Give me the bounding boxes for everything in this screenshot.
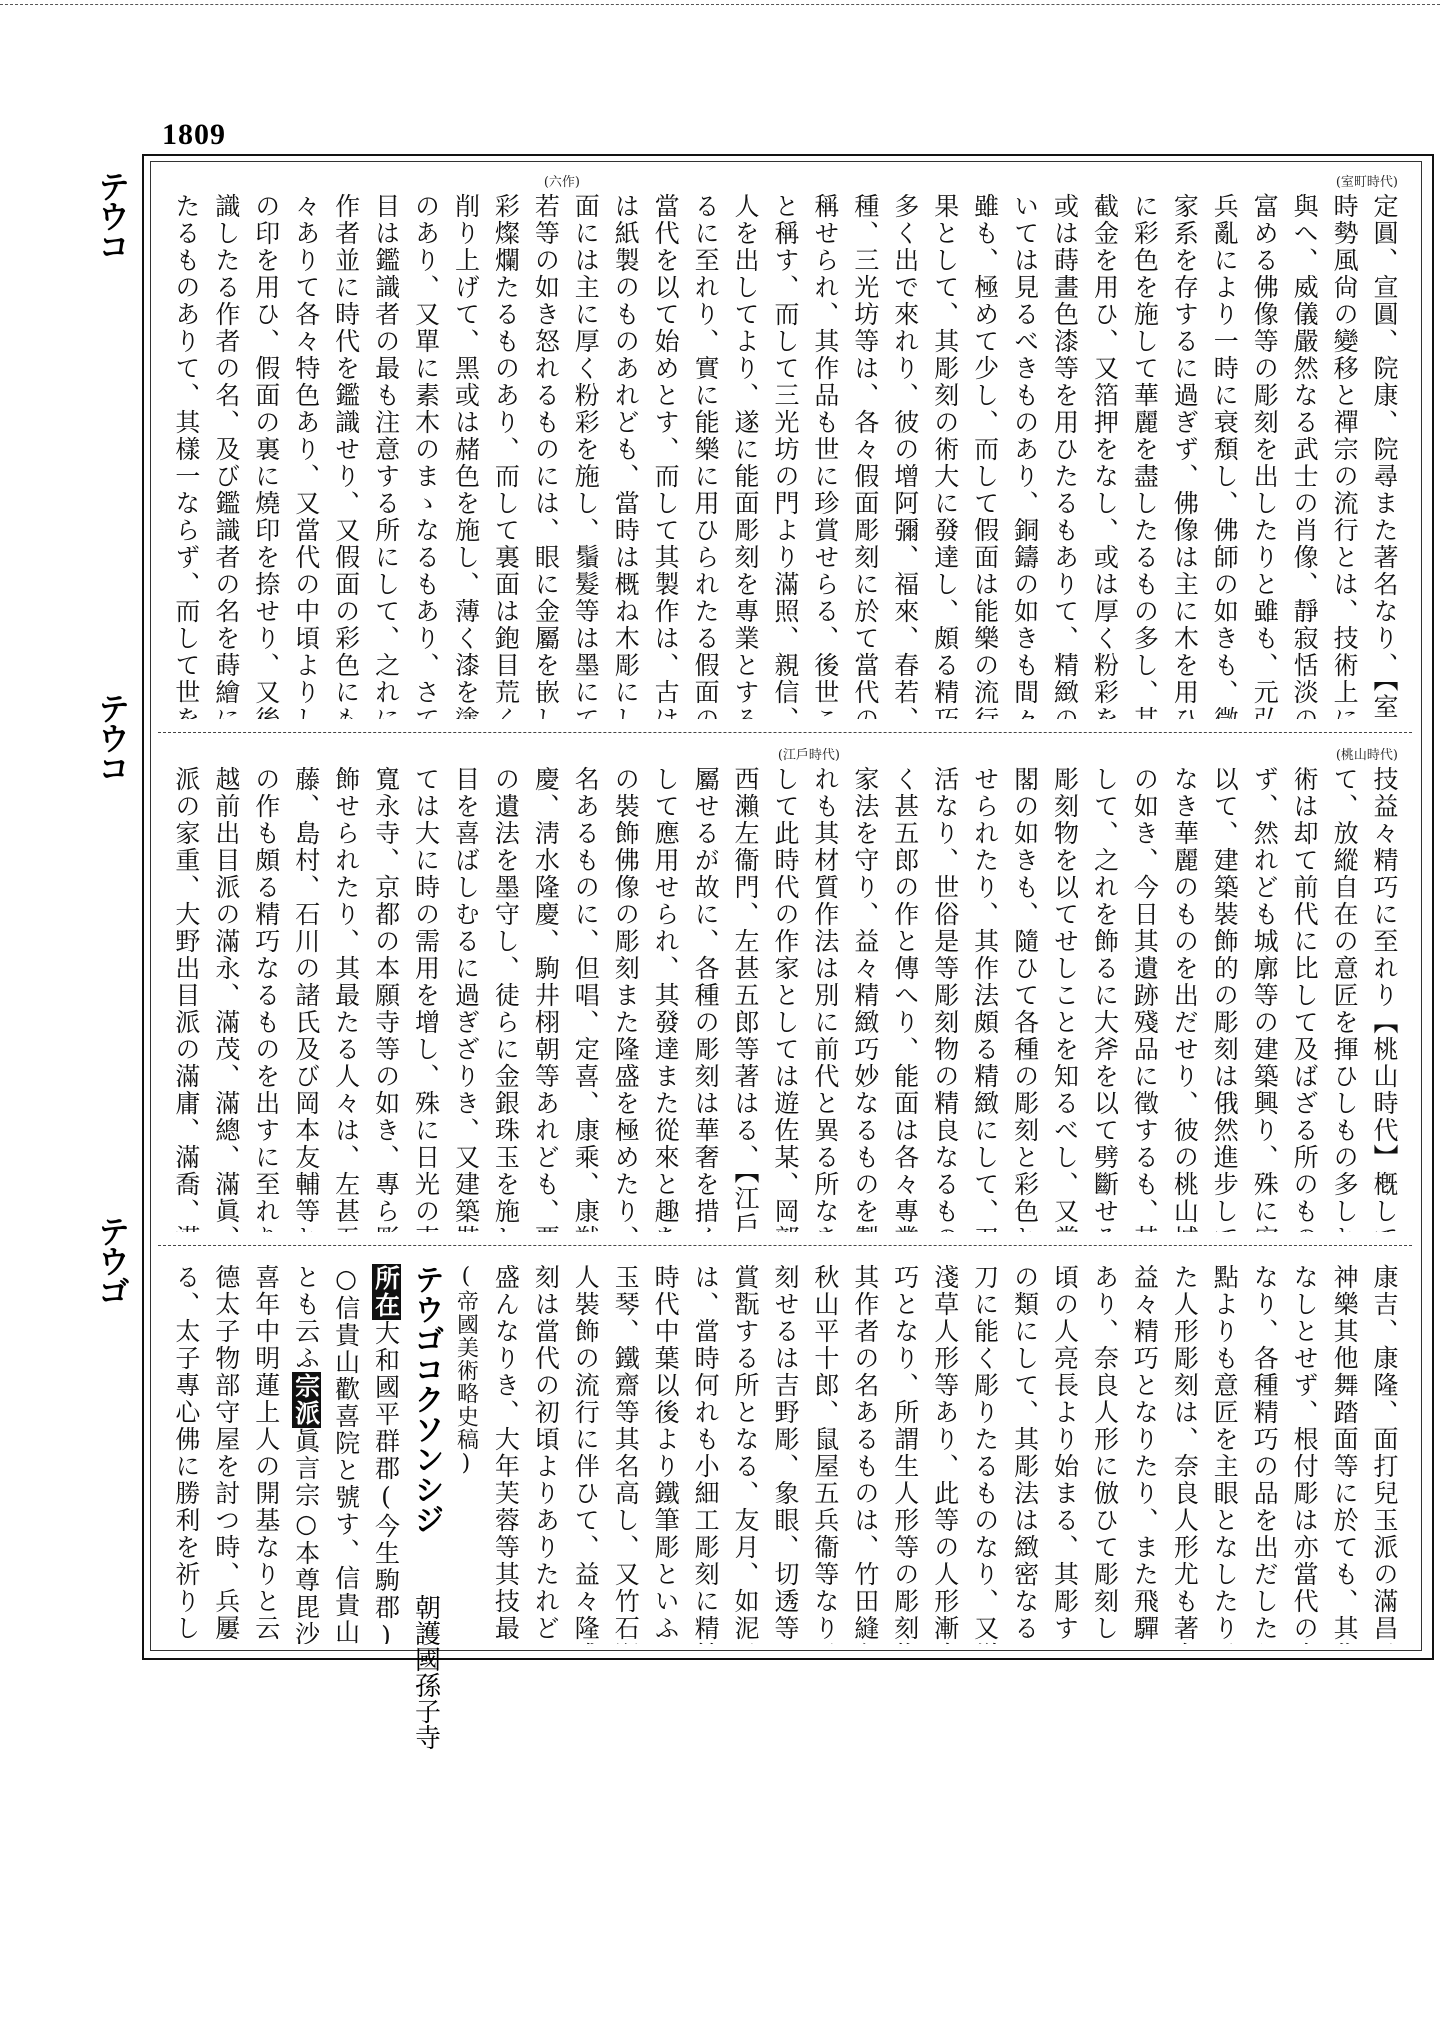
section-divider [158,1245,1412,1246]
entry-line: ○信貴山歡喜院と號す、信貴山に在り、又志貴山寺 [326,1264,366,1644]
scan-top-edge [0,4,1440,5]
entry-text: 眞言宗○本尊毘沙門天 [292,1428,321,1644]
entry-temple-name: 朝護國孫子寺 [406,1594,446,1750]
text-columns-top: 定圓、宣圓、院康、院尋また著名なり、【室町時代】 時勢風尙の變移と禪宗の流行とは… [166,193,1404,719]
text-column: 淺草人形等あり、此等の人形漸次發達して愈々精 [925,1264,965,1644]
era-tag-momoyama: (桃山時代) [1336,744,1398,763]
section-middle: (桃山時代) (江戶時代) 技益々精巧に至れり【桃山時代】槪して豪壯華麗にし て… [158,738,1412,1238]
text-column: 定圓、宣圓、院康、院尋また著名なり、【室町時代】 [1364,193,1404,719]
text-column: の如き、今日其遺跡殘品に徵するも、其建築宏大に [1124,766,1164,1232]
text-column: の類にして、其彫法は緻密なる刀を用ひずして、一 [1005,1264,1045,1644]
page-number: 1809 [162,118,226,152]
text-column: のあり、又單に素木のまゝなるもあり、さてこの鉋 [406,193,446,719]
text-column: 面には主に厚く粉彩を施し、鬚髮等は墨にて畫き、般 [565,193,605,719]
text-column: と稱す、而して三光坊の門より滿照、親信、幸賢の三 [765,193,805,719]
text-column: 人裝飾の流行に伴ひて、益々隆盛を極めたり、又篆 [565,1264,605,1644]
text-column: 慶、淸水隆慶、駒井栩朝等あれども、要するに皆祖先 [525,766,565,1232]
text-column: 識したる作者の名、及び鑑識者の名を蒔繪にて記し [206,193,246,719]
text-column: ず、然れども城廓等の建築興り、殊に宏壯を極めしを [1244,766,1284,1232]
era-tag-rokusaku: (六作) [544,171,580,190]
text-column: 彩燦爛たるものあり、而して裏面は鉋目荒く粗雜に [485,193,525,719]
margin-headword-top: テウコ [95,170,135,260]
text-column: 富める佛像等の彫刻を出したりと雖も、元弘以來の [1244,193,1284,719]
label-badge-sect: 宗派 [292,1372,321,1428]
text-column: ては大に時の需用を增し、殊に日光の東照宮、江戶の [406,766,446,1232]
text-column: して、之れを飾るに大斧を以て劈斷せるが如き、大 [1085,766,1125,1232]
text-column: 或は蒔畫色漆等を用ひたるもありて、精緻の上にお [1045,193,1085,719]
text-column: 以て、建築裝飾的の彫刻は俄然進步して、前代に比 [1204,766,1244,1232]
text-column: 雖も、極めて少し、而して假面は能樂の流行せる結 [965,193,1005,719]
margin-headword-middle: テウコ [95,692,135,782]
text-column: 目は鑑識者の最も注意する所にして、之れによりて [366,193,406,719]
text-column: 活なり、世俗是等彫刻物の精良なるものあれば、悉 [925,766,965,1232]
text-column: 當代を以て始めとす、而して其製作は、古は乾漆或 [645,193,685,719]
text-column: 家法を守り、益々精緻巧妙なるものを製出せり、何 [845,766,885,1232]
text-column: の印を用ひ、假面の裏に燒印を捺せり、又後にて鑑 [246,193,286,719]
text-column: 家系を存するに過ぎず、佛像は主に木を用ひ、其上 [1164,193,1204,719]
text-column: なしとせず、根付彫は亦當代の中葉より益々盛んと [1284,1264,1324,1644]
text-column: 刀に能く彫りたるものなり、又嵯峨人形、賀茂人形、 [965,1264,1005,1644]
label-badge-location: 所在 [372,1264,401,1320]
text-column: 其作者の名あるものは、竹田縫之助、松本喜三郎、 [845,1264,885,1644]
text-column: 若等の如き怒れるものには、眼に金屬を嵌して、光 [525,193,565,719]
citation-source: (帝國美術略史稿) [446,1264,486,1644]
section-top: (室町時代) (六作) 定圓、宣圓、院康、院尋また著名なり、【室町時代】 時勢風… [158,165,1412,725]
text-column: は紙製のものあれども、當時は概ね木彫にして、表 [605,193,645,719]
text-column: なき華麗のものを出だせり、彼の桃山城或は聚樂城 [1164,766,1204,1232]
text-column: は、當時何れも小細工彫刻に精妙を極めたり、又此 [685,1264,725,1644]
entry-title: テウゴコクソンシジ [409,1264,444,1534]
text-column: の遺法を墨守し、徒らに金銀珠玉を施して、燦爛俗 [485,766,525,1232]
text-column: 飾せられたり、其最たる人々は、左甚五郎の一流、後 [326,766,366,1232]
text-column: 果として、其彫刻の術大に發達し、頗る精巧なるもの [925,193,965,719]
era-tag-muromachi: (室町時代) [1336,171,1398,190]
text-column: 康吉、康隆、面打兒玉派の滿昌、滿滿、能滿等とす、又 [1364,1264,1404,1644]
text-column: 截金を用ひ、又箔押をなし、或は厚く粉彩を施し、 [1085,193,1125,719]
text-column: して應用せられ、其發達また從來と趣を異にし、寺院 [645,766,685,1232]
text-column: 術は却て前代に比して及ばざる所のもののなきにあら [1284,766,1324,1232]
text-column: 秋山平十郎、鼠屋五兵衞等なり、又器物に畫樣を彫 [805,1264,845,1644]
entry-line: る、太子專心佛に勝利を祈りしに、山中に毘沙門天 [166,1264,206,1644]
text-column: 刻せるは吉野彫、象眼、切透等ありて、何れも世人の [765,1264,805,1644]
text-column: 兵亂により一時に衰頽し、佛師の如きも、微かに其 [1204,193,1244,719]
text-column: 點よりも意匠を主眼となしたり、(「ネツケ」參看)ま [1204,1264,1244,1644]
text-column: 屬せるが故に、各種の彫刻は華奢を措くる裝飾品と [685,766,725,1232]
text-column: に彩色を施して華麗を盡したるもの多し、其彩色は [1124,193,1164,719]
text-column: 種、三光坊等は、各々假面彫刻に於て當代の名工と [845,193,885,719]
text-column: して此時代の作家としては遊佐某、岡部又右衞門、宮 [765,766,805,1232]
text-columns-bottom: 康吉、康隆、面打兒玉派の滿昌、滿滿、能滿等とす、又 神樂其他舞踏面等に於ても、其… [166,1264,1404,1644]
text-columns-middle: 技益々精巧に至れり【桃山時代】槪して豪壯華麗にし て、放縱自在の意匠を揮ひしもの… [166,766,1404,1232]
text-column: 時勢風尙の變移と禪宗の流行とは、技術上に新調を [1324,193,1364,719]
entry-line: 德太子物部守屋を討つ時、兵屢々敗れて信貴山に隱 [206,1264,246,1644]
text-column: 玉琴、鐵齋等其名高し、又竹石堅木彫等ありて、文 [605,1264,645,1644]
text-column: の裝飾佛像の彫刻また隆盛を極めたり、佛師として [605,766,645,1232]
text-column: 寬永寺、京都の本願寺等の如き、專ら彫刻を以て裝 [366,766,406,1232]
text-column: 人を出してより、遂に能面彫刻を專業とするものあ [725,193,765,719]
text-column: 多く出で來れり、彼の增阿彌、福來、春若、寶來、千 [885,193,925,719]
text-column: 神樂其他舞踏面等に於ても、其作の巧妙なるもの少 [1324,1264,1364,1644]
text-column: 盛んなりき、大年芙蓉等其技最も卓絕なるものなり [485,1264,525,1644]
text-column: 稱せられ、其作品も世に珍賞せらる、後世これを六作 [805,193,845,719]
text-column: た人形彫刻は、奈良人形尤も著名にして、其技術も [1164,1264,1204,1644]
text-column: 名あるものに、但唱、定喜、康乘、康猷、湛海、松雲、淨 [565,766,605,1232]
entry-text: 大和國平群郡(今生駒郡)平群村大字信貴畑 [372,1320,401,1644]
text-column: く甚五郎の作と傳へり、能面は各々專業家ありて其 [885,766,925,1232]
text-column: 頃の人亮長より始まる、其彫する所のもの主に鳥蟲 [1045,1264,1085,1644]
text-column: 時代中葉以後より鐵筆彫といふものあり、瑞松、萬峯、 [645,1264,685,1644]
text-column: 益々精巧となりたり、また飛驒の一刀彫といふもの [1124,1264,1164,1644]
text-column: 技益々精巧に至れり【桃山時代】槪して豪壯華麗にし [1364,766,1404,1232]
entry-line: 喜年中明蓮上人の開基なりと云ふ、俗傳によれば、聖 [246,1264,286,1644]
entry-text: とも云ふ [292,1264,321,1372]
era-tag-edo: (江戶時代) [778,744,840,763]
text-column: 作者並に時代を鑑識せり、又假面の彩色にも手法種 [326,193,366,719]
text-column: いては見るべきものあり、銅鑄の如きも間々ありと [1005,193,1045,719]
text-column: 賞翫する所となる、友月、如泥、宗一、喜八、半五郎等 [725,1264,765,1644]
entry-line-location: 所在大和國平群郡(今生駒郡)平群村大字信貴畑 [366,1264,406,1644]
text-column: 巧となり、所謂生人形等の彫刻物を見るに至れり、 [885,1264,925,1644]
text-column: 閣の如きも、隨ひて各種の彫刻と彩色とを以て裝飾 [1005,766,1045,1232]
text-column: あり、奈良人形に倣ひて彫刻したるものにして、文化 [1085,1264,1125,1644]
text-column: 削り上げて、黑或は赭色を施し、薄く漆を塗りたるも [446,193,486,719]
text-column: 々ありて各々特色あり、又當代の中頃よりして作者 [286,193,326,719]
text-column: れも其材質作法は別に前代と異る所なきが如し、而 [805,766,845,1232]
entry-line-sect: とも云ふ宗派眞言宗○本尊毘沙門天起原沿革延 [286,1264,326,1644]
margin-headword-bottom: テウゴ [95,1215,135,1305]
text-column: の作も頗る精巧なるものを出すに至れり、其名手は [246,766,286,1232]
text-column: 與へ、威儀嚴然なる武士の肖像、靜寂恬淡の韻致に [1284,193,1324,719]
text-column: て、放縱自在の意匠を揮ひしもの多しと雖も、其技 [1324,766,1364,1232]
section-bottom: 康吉、康隆、面打兒玉派の滿昌、滿滿、能滿等とす、又 神樂其他舞踏面等に於ても、其… [158,1250,1412,1650]
text-column: 西瀨左衞門、左甚五郎等著はる、【江戶時代】徂昌平に [725,766,765,1232]
section-divider [158,732,1412,733]
text-column: せられたり、其作法頗る精緻にして、刀痕亦銳利敏 [965,766,1005,1232]
text-column: るに至れり、實に能樂に用ひられたる假面の彫刻は、 [685,193,725,719]
text-column: 目を喜ばしむるに過ぎざりき、又建築裝飾等に至り [446,766,486,1232]
entry-headword: テウゴコクソンシジ朝護國孫子寺 [406,1264,446,1644]
text-column: なり、各種精巧の品を出だしたりしが、槪して技術の [1244,1264,1284,1644]
text-column: 藤、島村、石川の諸氏及び岡本友輔等とす、能樂假面 [286,766,326,1232]
text-column: 越前出目派の滿永、滿茂、滿總、滿眞、滿忠、近江井關 [206,766,246,1232]
text-column: 刻は當代の初頃よりありたれども、中年に至り最も [525,1264,565,1644]
text-column: たるものありて、其樣一ならず、而して世を追うて其 [166,193,206,719]
text-column: 彫刻物を以てせしことを知るべし、又當時の神社佛 [1045,766,1085,1232]
text-column: 派の家重、大野出目派の滿庸、滿喬、滿矩、滿猶、康久、 [166,766,206,1232]
